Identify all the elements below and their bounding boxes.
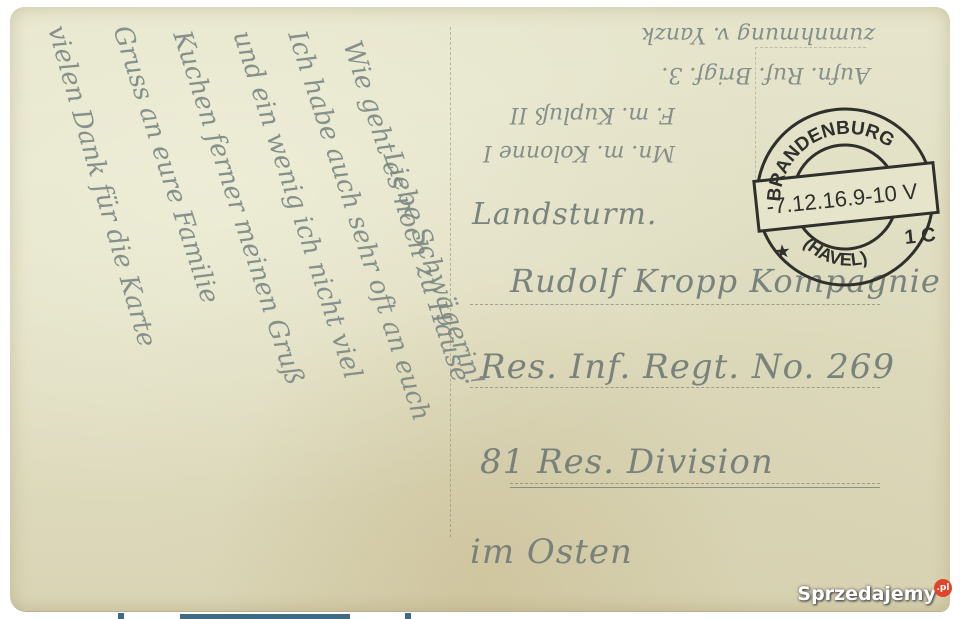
address-rank: Landsturm. (472, 197, 657, 232)
scan-edge-mark (180, 614, 350, 619)
address-line (470, 304, 880, 305)
handwriting-upside-4: Mn. m. Kolonne I (483, 140, 675, 165)
scan-edge-mark (405, 613, 411, 619)
postmark-code: 1 C (903, 224, 936, 249)
postmark-stamp: BRANDENBURG -7.12.16.9-10 V (HAVEL) ★ 1 … (750, 100, 940, 295)
handwriting-upside-1: zumnhmung v. Yanzk (641, 22, 875, 47)
address-line (510, 483, 880, 484)
address-division: 81 Res. Division (480, 442, 774, 482)
address-location: im Osten (470, 532, 633, 572)
watermark-badge: .pl (934, 579, 952, 597)
site-watermark: Sprzedajemy .pl (797, 583, 952, 613)
address-regiment: Res. Inf. Regt. No. 269 (480, 347, 895, 387)
postcard: zumnhmung v. Yanzk Aufn. Ruf. Brigf. 3. … (10, 7, 950, 611)
scan-edge-mark (118, 613, 124, 619)
watermark-text: Sprzedajemy (797, 583, 936, 605)
address-line (470, 387, 880, 388)
handwriting-upside-3: F. m. Kupluß II (510, 102, 675, 127)
postmark-star: ★ (775, 243, 792, 261)
address-line (510, 487, 880, 488)
handwriting-upside-2: Aufn. Ruf. Brigf. 3. (661, 62, 870, 87)
